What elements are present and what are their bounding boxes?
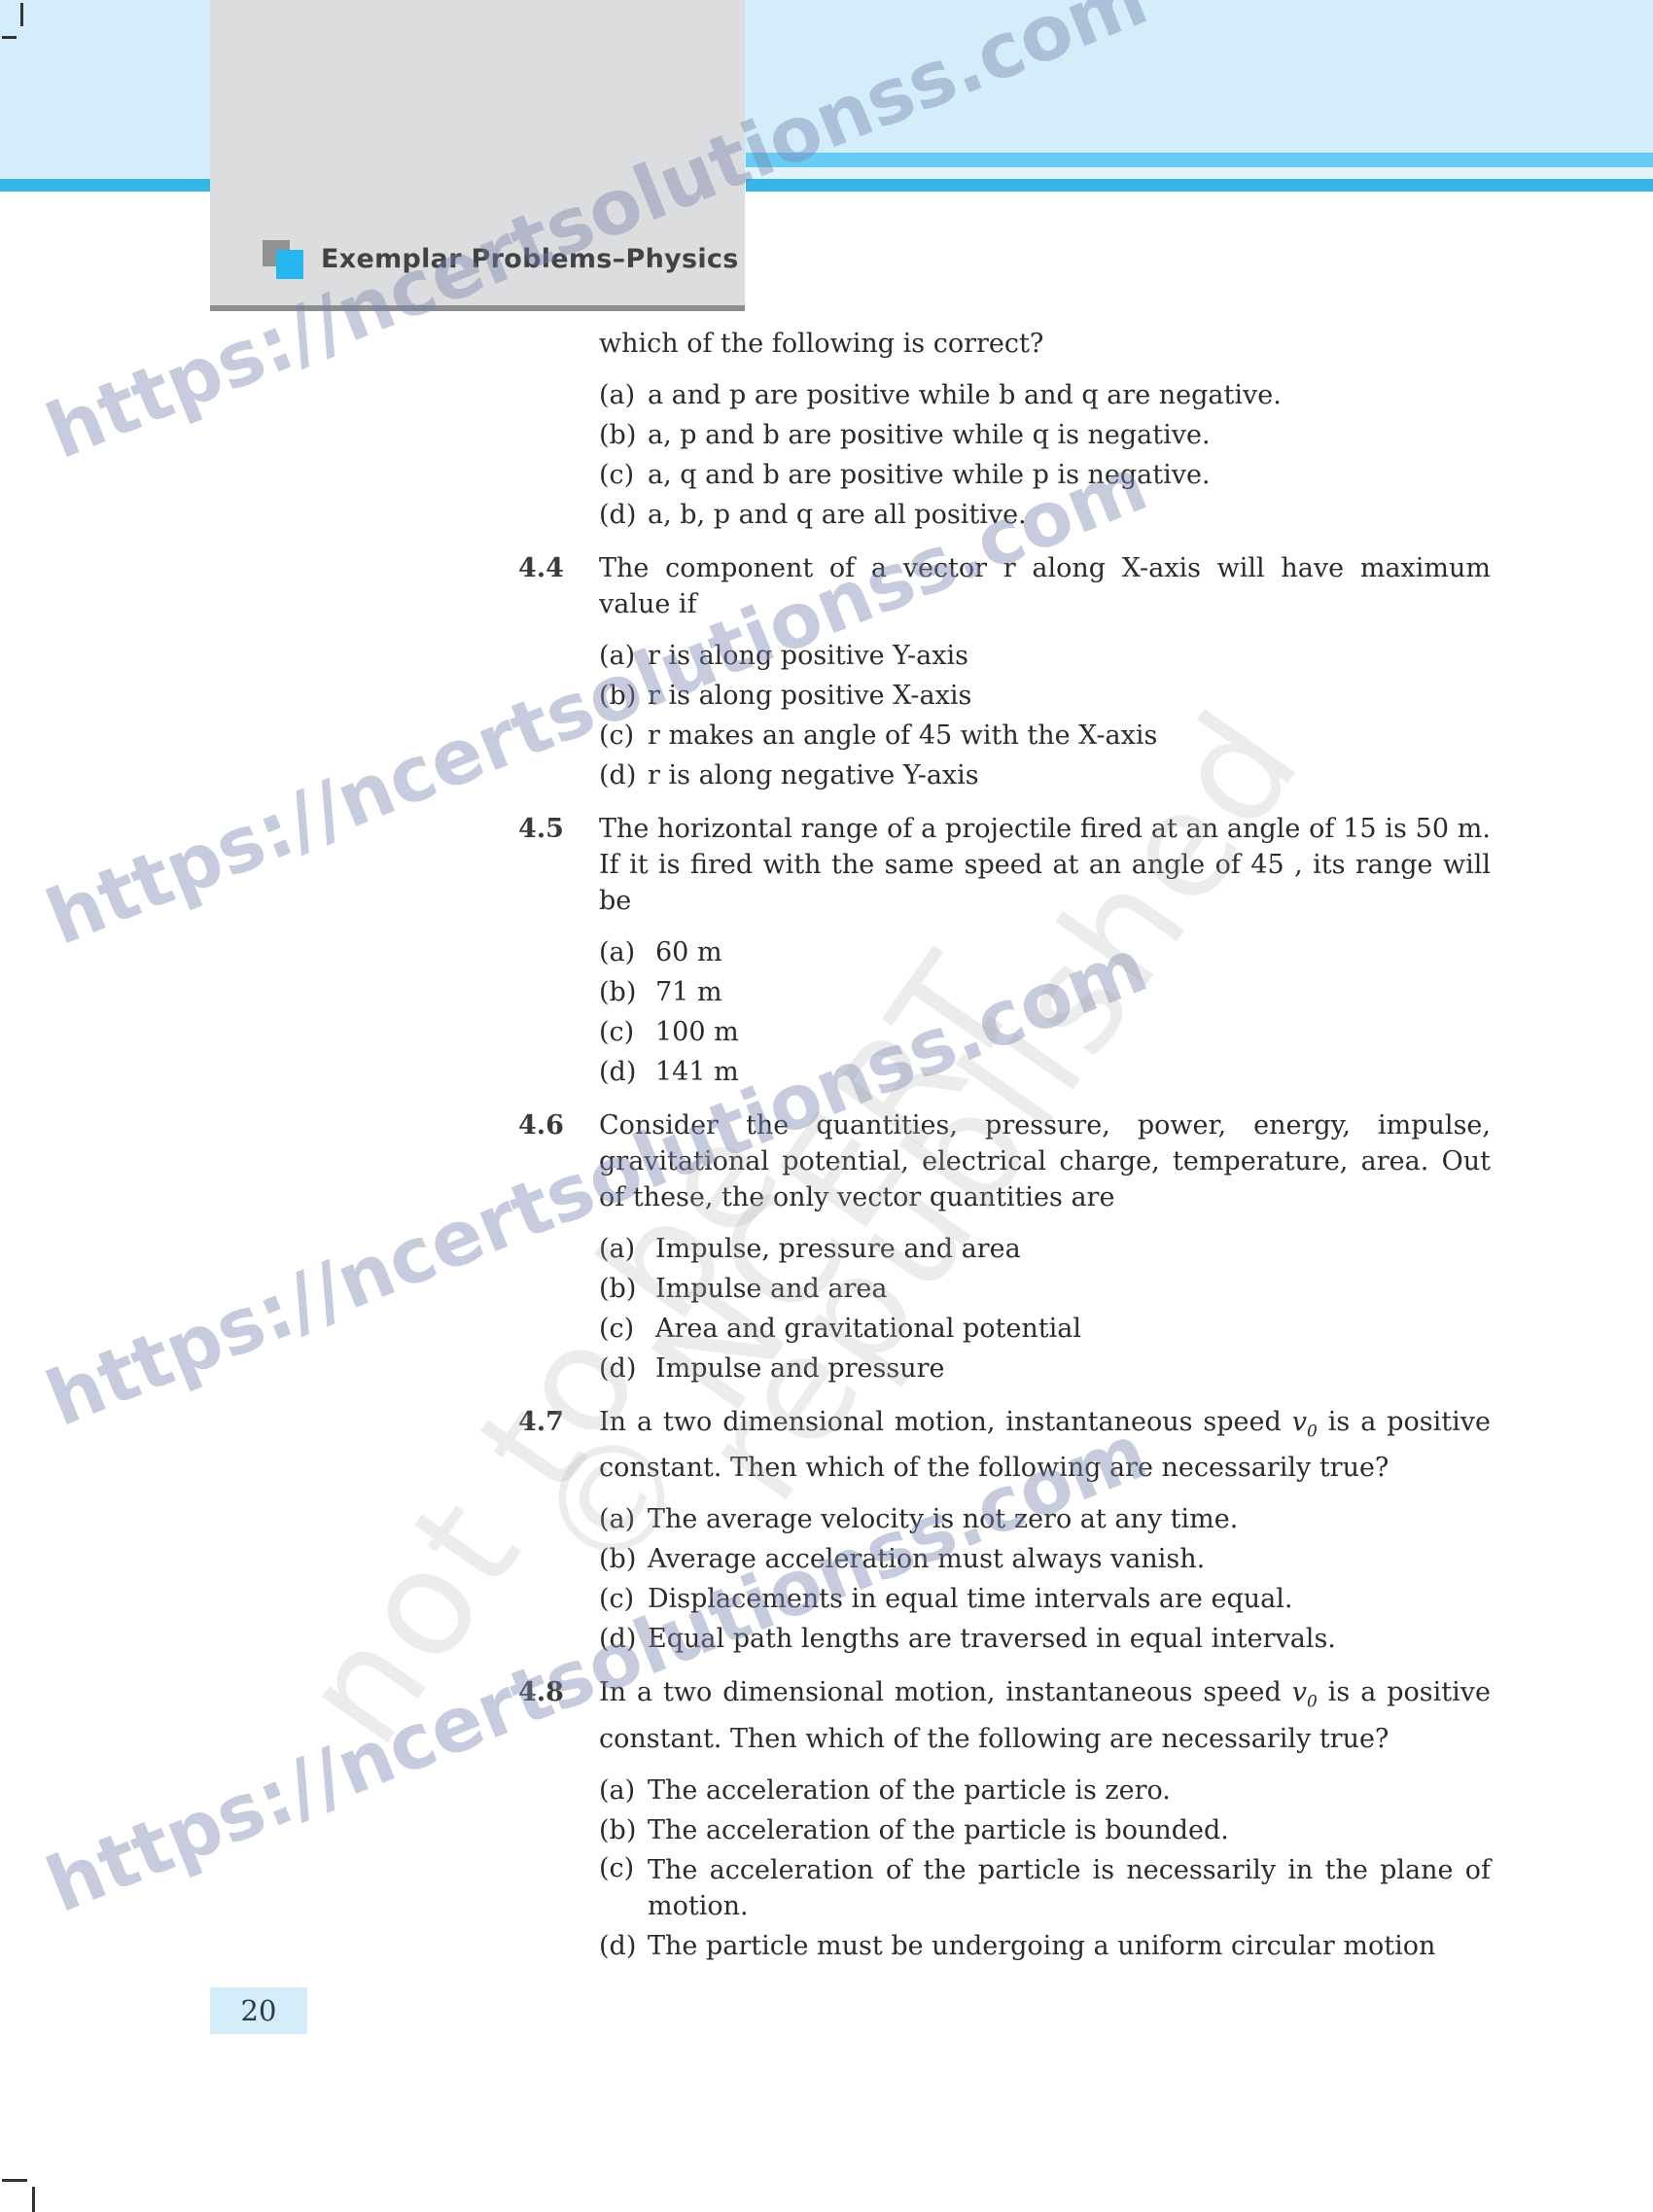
book-title: Exemplar Problems–Physics	[321, 244, 739, 274]
option-text: Average acceleration must always vanish.	[648, 1544, 1205, 1574]
option-label: (b)	[599, 1539, 636, 1579]
option-label: (a)	[599, 1499, 635, 1539]
option: (b)Average acceleration must always vani…	[599, 1539, 1491, 1579]
option: (c)r makes an angle of 45 with the X-axi…	[599, 716, 1491, 755]
question-text: The horizontal range of a projectile fir…	[599, 811, 1491, 919]
option-text: r is along positive Y-axis	[648, 641, 968, 671]
option-label: (c)	[599, 455, 634, 495]
option: (d)141 m	[599, 1052, 1491, 1092]
option: (d)The particle must be undergoing a uni…	[599, 1926, 1491, 1966]
option-label: (a)	[599, 636, 635, 676]
option-label: (c)	[599, 1579, 634, 1619]
option: (a)r is along positive Y-axis	[599, 636, 1491, 676]
option-label: (b)	[599, 972, 636, 1012]
question-text: Consider the quantities, pressure, power…	[599, 1107, 1491, 1215]
option-label: (d)	[599, 1349, 636, 1388]
option-label: (a)	[599, 375, 635, 415]
option-label: (b)	[599, 1269, 636, 1309]
option-label: (d)	[599, 1926, 636, 1966]
option-label: (b)	[599, 676, 636, 716]
option: (d)r is along negative Y-axis	[599, 755, 1491, 795]
question-number: 4.6	[518, 1107, 564, 1143]
option-label: (c)	[599, 1850, 634, 1886]
option-text: r is along positive X-axis	[648, 681, 971, 711]
option-label: (a)	[599, 932, 635, 972]
option-text: a, q and b are positive while p is negat…	[648, 460, 1211, 490]
option: (a)Impulse, pressure and area	[599, 1229, 1491, 1269]
page-number: 20	[210, 1987, 307, 2034]
option-text: 141 m	[655, 1057, 739, 1087]
option: (a)a and p are positive while b and q ar…	[599, 375, 1491, 415]
option: (d)a, b, p and q are all positive.	[599, 495, 1491, 535]
option-text: r makes an angle of 45 with the X-axis	[648, 720, 1157, 751]
option-text: 71 m	[655, 977, 722, 1007]
crop-mark-top-horizontal	[2, 36, 17, 39]
option: (b)a, p and b are positive while q is ne…	[599, 415, 1491, 455]
option: (b)r is along positive X-axis	[599, 676, 1491, 716]
question-continuation: which of the following is correct? (a)a …	[518, 326, 1491, 535]
question-text: The component of a vector r along X-axis…	[599, 550, 1491, 622]
crop-mark-bottom-horizontal	[2, 2179, 27, 2182]
option-label: (c)	[599, 716, 634, 755]
header-stripe-lower	[746, 179, 1653, 192]
option-text: Impulse and area	[655, 1274, 887, 1304]
option-text: Area and gravitational potential	[655, 1314, 1081, 1344]
crop-mark-bottom-vertical	[32, 2187, 35, 2212]
speed-subscript: 0	[1307, 1693, 1318, 1712]
option-label: (d)	[599, 755, 636, 795]
option: (a)60 m	[599, 932, 1491, 972]
option-text: Impulse and pressure	[655, 1353, 945, 1384]
header-stripe-left	[0, 179, 210, 192]
options-list: (a)r is along positive Y-axis (b)r is al…	[599, 636, 1491, 795]
option: (b)Impulse and area	[599, 1269, 1491, 1309]
option: (c)The acceleration of the particle is n…	[599, 1850, 1491, 1926]
question-text: In a two dimensional motion, instantaneo…	[599, 1404, 1491, 1486]
question-number: 4.8	[518, 1674, 564, 1710]
option: (d)Equal path lengths are traversed in e…	[599, 1619, 1491, 1659]
speed-symbol: v	[1292, 1407, 1307, 1437]
options-list: (a)60 m (b)71 m (c)100 m (d)141 m	[599, 932, 1491, 1092]
option-text: 100 m	[655, 1017, 739, 1047]
options-list: (a)Impulse, pressure and area (b)Impulse…	[599, 1229, 1491, 1388]
options-list: (a)The acceleration of the particle is z…	[599, 1771, 1491, 1966]
question-4-7: 4.7 In a two dimensional motion, instant…	[518, 1404, 1491, 1659]
option-label: (c)	[599, 1012, 634, 1052]
option-text: The particle must be undergoing a unifor…	[648, 1931, 1435, 1961]
option: (d)Impulse and pressure	[599, 1349, 1491, 1388]
question-number: 4.4	[518, 550, 564, 586]
option-text: Displacements in equal time intervals ar…	[648, 1584, 1292, 1614]
option-label: (a)	[599, 1771, 635, 1810]
header-stripe-upper	[746, 153, 1653, 167]
option: (c)Area and gravitational potential	[599, 1309, 1491, 1349]
option-text: a, b, p and q are all positive.	[648, 500, 1027, 530]
option-text: 60 m	[655, 937, 722, 967]
option-label: (d)	[599, 1619, 636, 1659]
option-text: a and p are positive while b and q are n…	[648, 380, 1282, 410]
options-list: (a)The average velocity is not zero at a…	[599, 1499, 1491, 1659]
option: (b)71 m	[599, 972, 1491, 1012]
option-text: Impulse, pressure and area	[655, 1234, 1021, 1264]
question-number: 4.7	[518, 1404, 564, 1440]
question-4-6: 4.6 Consider the quantities, pressure, p…	[518, 1107, 1491, 1388]
options-list: (a)a and p are positive while b and q ar…	[599, 375, 1491, 535]
option-label: (b)	[599, 1810, 636, 1850]
option-text: The acceleration of the particle is nece…	[648, 1855, 1491, 1921]
page-content: which of the following is correct? (a)a …	[518, 326, 1491, 1966]
option-label: (c)	[599, 1309, 634, 1349]
option-label: (d)	[599, 495, 636, 535]
option: (c)a, q and b are positive while p is ne…	[599, 455, 1491, 495]
option: (a)The average velocity is not zero at a…	[599, 1499, 1491, 1539]
option-text: a, p and b are positive while q is negat…	[648, 420, 1211, 450]
speed-subscript: 0	[1307, 1422, 1318, 1441]
speed-symbol: v	[1292, 1677, 1307, 1707]
header-stripe-gap	[746, 167, 1653, 179]
question-4-4: 4.4 The component of a vector r along X-…	[518, 550, 1491, 795]
option-text: Equal path lengths are traversed in equa…	[648, 1624, 1336, 1654]
option: (c)100 m	[599, 1012, 1491, 1052]
option: (a)The acceleration of the particle is z…	[599, 1771, 1491, 1810]
square-icon-blue	[276, 250, 303, 279]
option-label: (b)	[599, 415, 636, 455]
question-4-8: 4.8 In a two dimensional motion, instant…	[518, 1674, 1491, 1965]
question-4-5: 4.5 The horizontal range of a projectile…	[518, 811, 1491, 1092]
option-text: The acceleration of the particle is zero…	[648, 1775, 1171, 1806]
option-label: (d)	[599, 1052, 636, 1092]
option-label: (a)	[599, 1229, 635, 1269]
option-text: The average velocity is not zero at any …	[648, 1504, 1238, 1534]
question-text: which of the following is correct?	[599, 326, 1491, 362]
option: (b)The acceleration of the particle is b…	[599, 1810, 1491, 1850]
crop-mark-top-vertical	[20, 3, 23, 26]
option-text: The acceleration of the particle is boun…	[648, 1815, 1229, 1845]
question-text: In a two dimensional motion, instantaneo…	[599, 1674, 1491, 1756]
option-text: r is along negative Y-axis	[648, 760, 979, 790]
option: (c)Displacements in equal time intervals…	[599, 1579, 1491, 1619]
question-number: 4.5	[518, 811, 564, 847]
book-title-tab: Exemplar Problems–Physics	[210, 0, 745, 311]
